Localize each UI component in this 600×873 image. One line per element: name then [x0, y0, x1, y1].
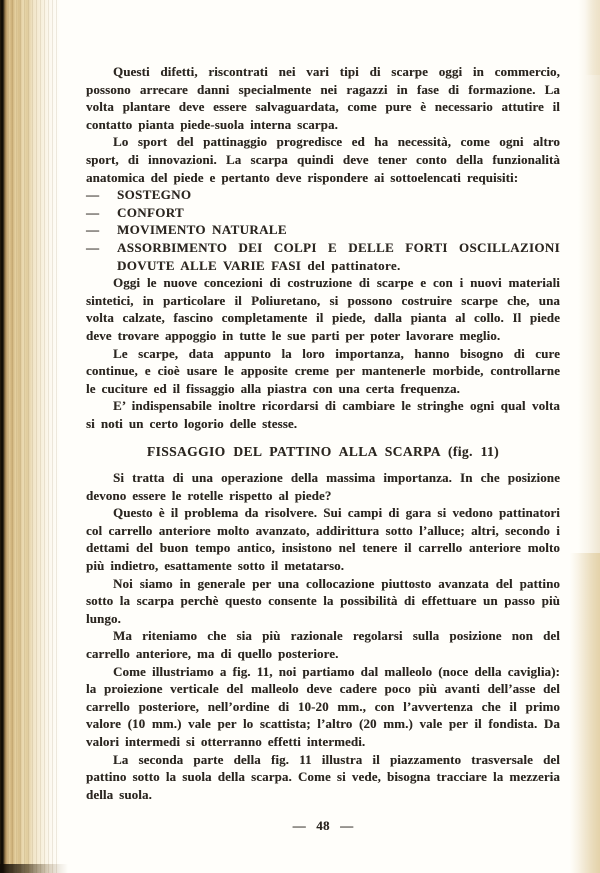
list-dash: —	[86, 204, 117, 222]
book-binding-edge	[0, 0, 60, 873]
paragraph-materials: Oggi le nuove concezioni di costruzione …	[86, 274, 560, 344]
paragraph-care: Le scarpe, data appunto la loro importan…	[86, 345, 560, 398]
paragraph-section-4: Ma riteniamo che sia più razionale regol…	[86, 627, 560, 662]
requirement-item: —MOVIMENTO NATURALE	[86, 221, 560, 239]
requirement-label: ASSORBIMENTO DEI COLPI E DELLE FORTI OSC…	[117, 240, 560, 273]
requirement-item: —ASSORBIMENTO DEI COLPI E DELLE FORTI OS…	[86, 239, 560, 274]
paragraph-section-6: La seconda parte della fig. 11 illustra …	[86, 751, 560, 804]
paragraph-section-3: Noi siamo in generale per una collocazio…	[86, 575, 560, 628]
book-page: Questi difetti, riscontrati nei vari tip…	[0, 0, 600, 873]
requirements-list: —SOSTEGNO —CONFORT —MOVIMENTO NATURALE —…	[86, 186, 560, 274]
page-right-bottom-corner-shading	[570, 553, 600, 873]
paragraph-section-2: Questo è il problema da risolvere. Sui c…	[86, 504, 560, 574]
list-dash: —	[86, 221, 117, 239]
requirement-label: CONFORT	[117, 205, 184, 220]
requirement-item: —CONFORT	[86, 204, 560, 222]
paragraph-intro-2: Lo sport del pattinaggio progredisce ed …	[86, 133, 560, 186]
page-content: Questi difetti, riscontrati nei vari tip…	[86, 63, 560, 835]
list-dash: —	[86, 186, 117, 204]
page-right-top-corner-shading	[585, 0, 600, 75]
paragraph-intro-1: Questi difetti, riscontrati nei vari tip…	[86, 63, 560, 133]
paragraph-section-1: Si tratta di una operazione della massim…	[86, 469, 560, 504]
section-heading: FISSAGGIO DEL PATTINO ALLA SCARPA (fig. …	[86, 443, 560, 461]
requirement-label: MOVIMENTO NATURALE	[117, 222, 287, 237]
binding-bottom-shadow	[0, 864, 68, 873]
paragraph-laces: E’ indispensabile inoltre ricordarsi di …	[86, 397, 560, 432]
paragraph-section-5: Come illustriamo a fig. 11, noi partiamo…	[86, 663, 560, 751]
list-dash: —	[86, 239, 117, 257]
requirement-item: —SOSTEGNO	[86, 186, 560, 204]
page-number: — 48 —	[86, 817, 560, 835]
requirement-label: SOSTEGNO	[117, 187, 191, 202]
